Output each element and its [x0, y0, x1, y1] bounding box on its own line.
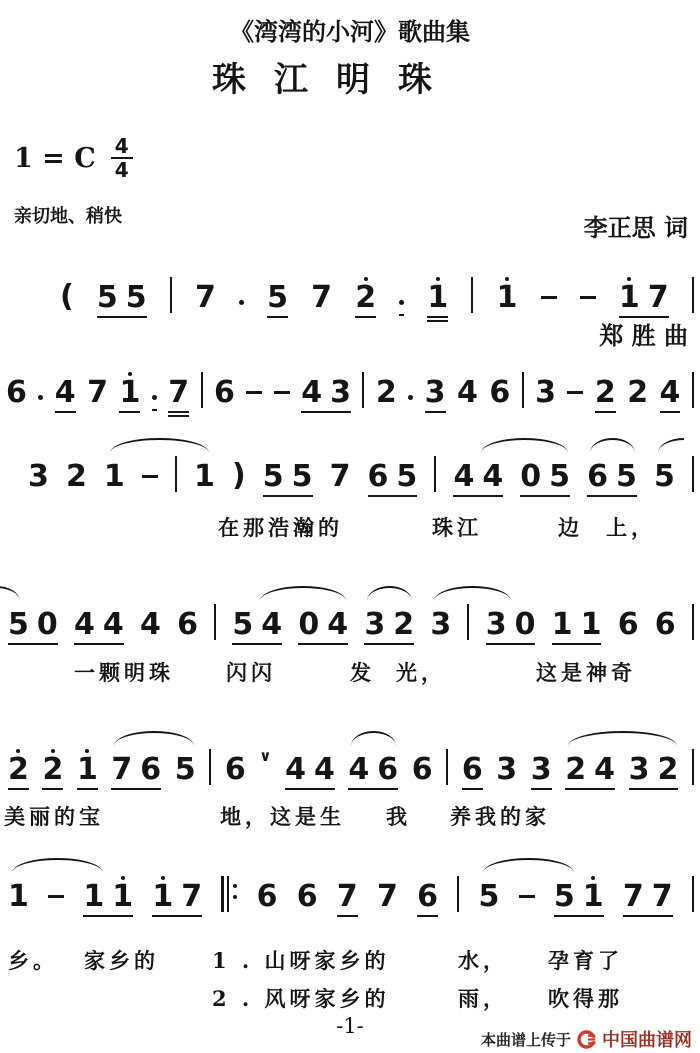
barline: [457, 872, 459, 912]
music-line-2: 6471764323463224: [6, 352, 694, 432]
note: 3: [535, 368, 556, 418]
note: 6: [655, 600, 676, 650]
note: 43: [301, 368, 351, 418]
beam-underline: [565, 788, 615, 790]
augmentation-dot: [408, 368, 413, 416]
beam-underline: [42, 788, 63, 790]
lyricist-credit: 李正思 词: [584, 210, 688, 246]
lyric-segment: 发: [350, 657, 375, 687]
beam-underline: [417, 915, 438, 917]
note: 6: [257, 872, 278, 922]
barline: [209, 745, 211, 785]
note: 6: [6, 368, 27, 418]
note: 7: [377, 872, 398, 922]
barline: [446, 745, 448, 785]
slur: [483, 858, 574, 873]
lyric-segment: 家乡的: [84, 945, 159, 975]
site-name: 中国曲谱网: [602, 1026, 692, 1052]
time-numerator: 4: [115, 136, 129, 156]
lyric-segment: 2 . 风呀家乡的: [212, 983, 390, 1013]
beam-underline: [552, 643, 602, 645]
music-line-6: 111176677655177: [8, 856, 694, 936]
note: 2: [627, 368, 648, 418]
note: 5: [479, 872, 500, 922]
note: 4: [457, 368, 478, 418]
lyric-segment: 边: [558, 512, 583, 542]
beam-underline: [554, 915, 604, 917]
note: 24: [565, 745, 615, 795]
note: 65: [368, 452, 418, 502]
beam-underline: [267, 316, 288, 318]
note: 1: [194, 452, 215, 502]
repeat-sign: [221, 872, 237, 912]
note: 4: [660, 368, 681, 418]
lyric-segment: 一颗明珠: [74, 657, 174, 687]
barline: [201, 368, 203, 408]
beam-underline: [111, 788, 161, 790]
beam-underline: [152, 409, 157, 411]
slur: [260, 586, 346, 601]
note: 2: [8, 745, 29, 795]
beam-underline: [368, 495, 418, 497]
note: 3: [531, 745, 552, 795]
beam-underline: [660, 411, 681, 413]
key-signature: 1 = C 4 4: [14, 136, 133, 180]
music-line-4: 5044465404323301166: [8, 584, 694, 664]
beam-underline: [531, 788, 552, 790]
beam-underline: [168, 415, 189, 417]
note: 1: [497, 273, 518, 323]
beam-underline: [97, 316, 147, 318]
lyric-segment: 珠江: [432, 512, 482, 542]
beam-underline: [74, 643, 124, 645]
barline: [175, 452, 177, 492]
beam-underline: [619, 316, 669, 318]
beam-underline: [168, 411, 189, 413]
slur: [12, 858, 103, 873]
lyric-segment: 这是神奇: [536, 657, 636, 687]
note: 6: [417, 872, 438, 922]
note: 6: [225, 745, 246, 795]
note: 6: [412, 745, 433, 795]
beam-underline: [152, 915, 202, 917]
beam-underline: [348, 788, 398, 790]
note: 50: [8, 600, 58, 650]
note: 3: [496, 745, 517, 795]
music-line-5: 2217656∨444666332432: [8, 729, 694, 809]
beam-underline: [595, 411, 616, 413]
breath-mark: ∨: [259, 745, 271, 763]
note: 17: [619, 273, 669, 323]
slur: [481, 438, 568, 453]
barline: [522, 368, 524, 408]
slur: [658, 438, 684, 453]
beam-underline: [77, 788, 98, 790]
beam-underline: [232, 643, 282, 645]
lyric-segment: 美丽的宝: [4, 801, 104, 831]
lyric-segment: 雨，: [458, 983, 508, 1013]
note: 2: [376, 368, 397, 418]
note: 6: [462, 745, 483, 795]
note: 1: [427, 273, 448, 323]
barline: [692, 273, 694, 313]
collection-title: 《湾湾的小河》歌曲集: [0, 12, 700, 47]
barline: [692, 368, 694, 408]
lyric-segment: 孕育了: [548, 945, 623, 975]
barline: [471, 273, 473, 313]
note: 7: [337, 872, 358, 922]
lyrics-row-verse2: 2 . 风呀家乡的雨，吹得那: [0, 983, 700, 1013]
beam-underline: [119, 411, 140, 413]
beam-underline: [301, 411, 351, 413]
augmentation-dot: [38, 368, 43, 416]
site-logo-icon: [577, 1030, 596, 1049]
note: 6: [618, 600, 639, 650]
note: 77: [623, 872, 673, 922]
dash-extension: [246, 368, 262, 394]
lyric-segment: 在那浩瀚的: [218, 512, 343, 542]
note: 3: [28, 452, 49, 502]
beam-underline: [337, 915, 358, 917]
slur: [351, 731, 396, 746]
note: 55: [97, 273, 147, 323]
note: 2: [595, 368, 616, 418]
note: 76: [111, 745, 161, 795]
barline: [692, 745, 694, 785]
note: 3: [425, 368, 446, 418]
note: 46: [348, 745, 398, 795]
beam-underline: [623, 915, 673, 917]
note: 44: [74, 600, 124, 650]
watermark: 本曲谱上传于 中国曲谱网: [481, 1026, 692, 1052]
beam-underline: [427, 316, 448, 318]
beam-underline: [453, 495, 503, 497]
note: 44: [285, 745, 335, 795]
time-signature: 4 4: [111, 136, 133, 180]
note: 1: [119, 368, 140, 418]
note: 7: [311, 273, 332, 323]
beam-underline: [425, 411, 446, 413]
barline: [467, 600, 469, 640]
beam-underline: [629, 788, 679, 790]
note: 30: [486, 600, 536, 650]
note: 5: [654, 452, 675, 502]
slur: [434, 586, 511, 601]
lyrics-row-verse1: 乡。家乡的1 . 山呀家乡的水，孕育了: [0, 945, 700, 975]
upload-note: 本曲谱上传于: [481, 1029, 571, 1050]
lyric-segment: 吹得那: [548, 983, 623, 1013]
note: 7: [168, 368, 189, 418]
slur: [0, 586, 20, 601]
augmentation-dot: [152, 368, 157, 416]
beam-underline: [355, 316, 376, 318]
note: 6: [214, 368, 235, 418]
lyrics-row-2: 一颗明珠闪闪发光，这是神奇: [0, 657, 700, 687]
barline: [692, 872, 694, 912]
parenthesis: ): [232, 452, 246, 491]
beam-underline: [462, 788, 483, 790]
note: 2: [42, 745, 63, 795]
score-page: 《湾湾的小河》歌曲集 珠江明珠 1 = C 4 4 李正思 词 郑 胜 曲 亲切…: [0, 0, 700, 1053]
parenthesis: (: [60, 273, 74, 312]
note: 5: [175, 745, 196, 795]
note: 55: [263, 452, 313, 502]
note: 6: [177, 600, 198, 650]
lyric-segment: 养我的家: [450, 801, 550, 831]
barline: [434, 452, 436, 492]
dash-extension: [541, 273, 557, 299]
note: 2: [355, 273, 376, 323]
note: 05: [520, 452, 570, 502]
note: 5: [267, 273, 288, 323]
beam-underline: [263, 495, 313, 497]
lyrics-row-1: 在那浩瀚的珠江边上，: [0, 512, 700, 542]
note: 1: [77, 745, 98, 795]
note: 2: [66, 452, 87, 502]
song-title: 珠江明珠: [0, 52, 686, 101]
note: 17: [152, 872, 202, 922]
music-line-3: 3211)557654405655: [28, 436, 694, 516]
dash-extension: [519, 872, 535, 898]
lyrics-row-3: 美丽的宝地，这是生我养我的家: [0, 801, 700, 831]
note: 3: [430, 600, 451, 650]
beam-underline: [285, 788, 335, 790]
dash-extension: [567, 368, 583, 394]
beam-underline: [399, 314, 404, 316]
note: 1: [104, 452, 125, 502]
barline: [214, 600, 216, 640]
beam-underline: [364, 643, 414, 645]
beam-underline: [83, 915, 133, 917]
beam-underline: [8, 788, 29, 790]
barline: [692, 452, 694, 492]
beam-underline: [55, 411, 76, 413]
dash-extension: [142, 452, 158, 478]
beam-underline: [298, 643, 348, 645]
beam-underline: [8, 643, 58, 645]
lyric-segment: 地，这是生: [220, 801, 345, 831]
note: 54: [232, 600, 282, 650]
lyric-segment: 1 . 山呀家乡的: [212, 945, 390, 975]
note: 6: [489, 368, 510, 418]
dash-extension: [580, 273, 596, 299]
augmentation-dot: [399, 273, 404, 321]
augmentation-dot: [239, 273, 244, 321]
note: 4: [140, 600, 161, 650]
note: 65: [587, 452, 637, 502]
lyric-segment: 我: [386, 801, 411, 831]
tempo-marking: 亲切地、稍快: [14, 202, 122, 228]
beam-underline: [520, 495, 570, 497]
lyric-segment: 闪闪: [226, 657, 276, 687]
beam-underline: [427, 320, 448, 322]
lyric-segment: 乡。: [8, 945, 58, 975]
slur: [114, 731, 194, 746]
note: 6: [297, 872, 318, 922]
slur: [590, 438, 635, 453]
note: 32: [629, 745, 679, 795]
note: 7: [87, 368, 108, 418]
note: 4: [55, 368, 76, 418]
lyric-segment: 水，: [458, 945, 508, 975]
beam-underline: [587, 495, 637, 497]
dash-extension: [274, 368, 290, 394]
barline: [170, 273, 172, 313]
time-denominator: 4: [115, 160, 129, 180]
note: 11: [83, 872, 133, 922]
note: 44: [453, 452, 503, 502]
beam-underline: [486, 643, 536, 645]
note: 04: [298, 600, 348, 650]
note: 1: [8, 872, 29, 922]
slur: [568, 731, 677, 746]
slur: [110, 438, 208, 453]
music-line-1: (5575721117: [60, 257, 694, 337]
note: 7: [195, 273, 216, 323]
slur: [367, 586, 412, 601]
lyric-segment: 上，: [606, 512, 656, 542]
note: 51: [554, 872, 604, 922]
note: 11: [552, 600, 602, 650]
lyric-segment: 光，: [396, 657, 446, 687]
barline: [692, 600, 694, 640]
barline: [362, 368, 364, 408]
note: 7: [330, 452, 351, 502]
note: 32: [364, 600, 414, 650]
dash-extension: [48, 872, 64, 898]
key-label: 1 = C: [14, 143, 96, 174]
